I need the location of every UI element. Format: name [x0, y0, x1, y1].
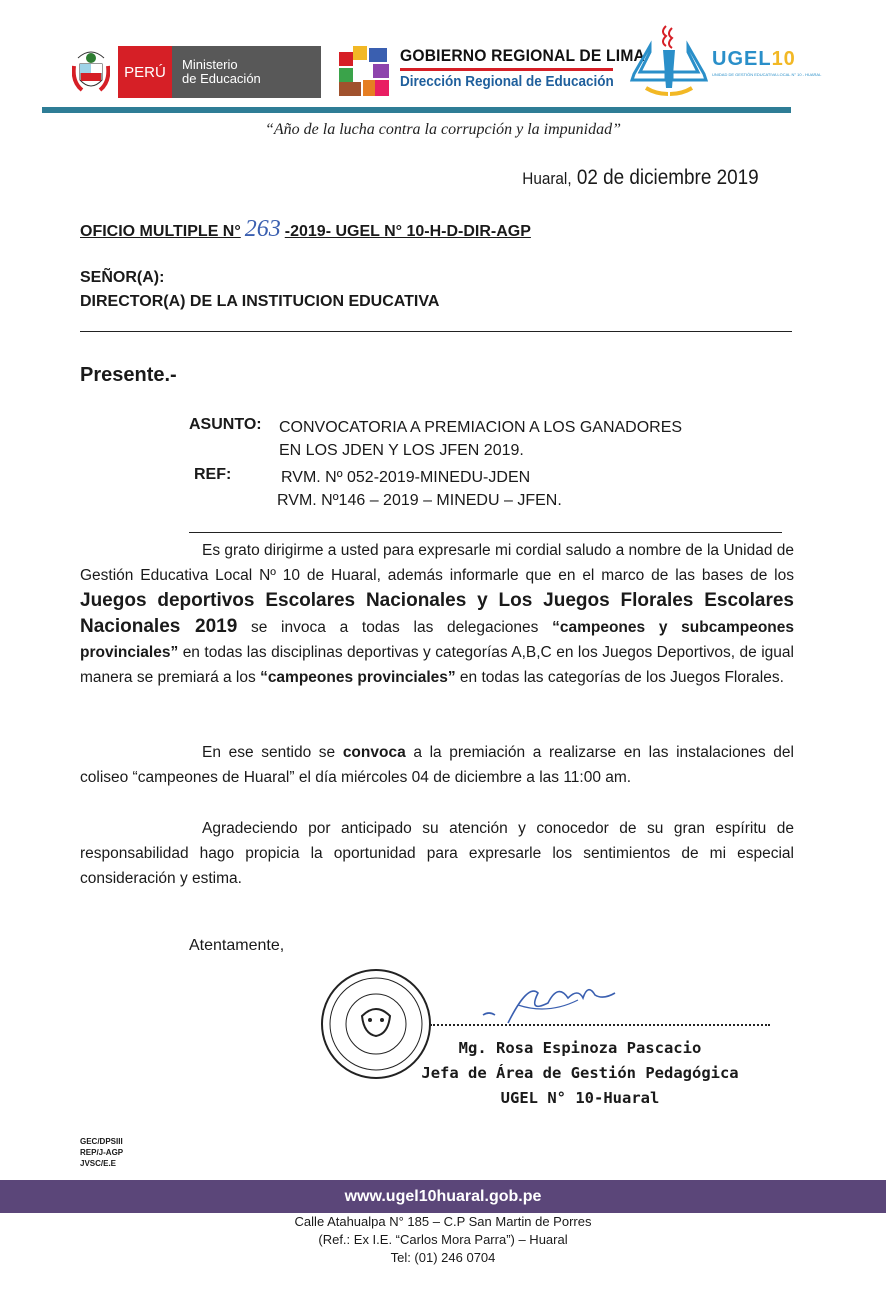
document-date: Huaral, 02 de diciembre 2019 [523, 166, 759, 190]
oficio-number: 263 [245, 216, 281, 243]
ugel-tagline: UNIDAD DE GESTIÓN EDUCATIVA LOCAL N° 10 … [712, 72, 821, 77]
footer-website-bar: www.ugel10huaral.gob.pe [0, 1180, 886, 1213]
year-motto: “Año de la lucha contra la corrupción y … [0, 121, 886, 139]
closing: Atentamente, [189, 937, 284, 955]
reference-initials: GEC/DPSIII REP/J-AGP JVSC/E.E [80, 1136, 123, 1169]
peru-brand: PERÚ [118, 46, 172, 98]
svg-text:UNIDAD DE GESTION EDUCATIVA LO: UNIDAD DE GESTION EDUCATIVA LOCAL N° 10 … [179, 896, 740, 919]
ugel-book-torch-logo-icon [628, 24, 710, 100]
regional-divider [400, 68, 613, 71]
peru-coat-of-arms-icon [72, 46, 110, 96]
asunto-text: CONVOCATORIA A PREMIACION A LOS GANADORE… [279, 416, 682, 462]
body-paragraph-2: En ese sentido se convoca a la premiació… [80, 740, 794, 790]
signature-line [430, 1024, 770, 1026]
divider [189, 532, 782, 533]
body-paragraph-1: Es grato dirigirme a usted para expresar… [80, 538, 794, 690]
footer-address: Calle Atahualpa N° 185 – C.P San Martin … [0, 1213, 886, 1267]
divider [80, 331, 792, 332]
website-link[interactable]: www.ugel10huaral.gob.pe [345, 1188, 542, 1206]
signer-role: Jefa de Área de Gestión Pedagógica [410, 1061, 750, 1086]
ref-text: RVM. Nº 052-2019-MINEDU-JDEN RVM. Nº146 … [277, 466, 562, 512]
addressee: SEÑOR(A): DIRECTOR(A) DE LA INSTITUCION … [80, 266, 439, 314]
oficio-reference: OFICIO MULTIPLE N°263-2019- UGEL N° 10-H… [80, 216, 531, 243]
ministerio-educacion-brand: Ministerio de Educación [172, 46, 321, 98]
body-paragraph-3: Agradeciendo por anticipado su atención … [80, 816, 794, 891]
asunto-label: ASUNTO: [189, 416, 262, 434]
header-divider [42, 107, 791, 113]
ref-label: REF: [194, 466, 231, 484]
gobierno-regional-logo-icon [339, 46, 389, 96]
ugel-brand: UGEL10 [712, 48, 796, 71]
signer-block: Mg. Rosa Espinoza Pascacio Jefa de Área … [410, 1036, 750, 1111]
greeting: Presente.- [80, 364, 177, 387]
signer-name: Mg. Rosa Espinoza Pascacio [410, 1036, 750, 1061]
signer-org: UGEL N° 10-Huaral [410, 1086, 750, 1111]
gobierno-regional-title: GOBIERNO REGIONAL DE LIMA [400, 46, 645, 66]
direccion-regional-subtitle: Dirección Regional de Educación [400, 73, 614, 90]
